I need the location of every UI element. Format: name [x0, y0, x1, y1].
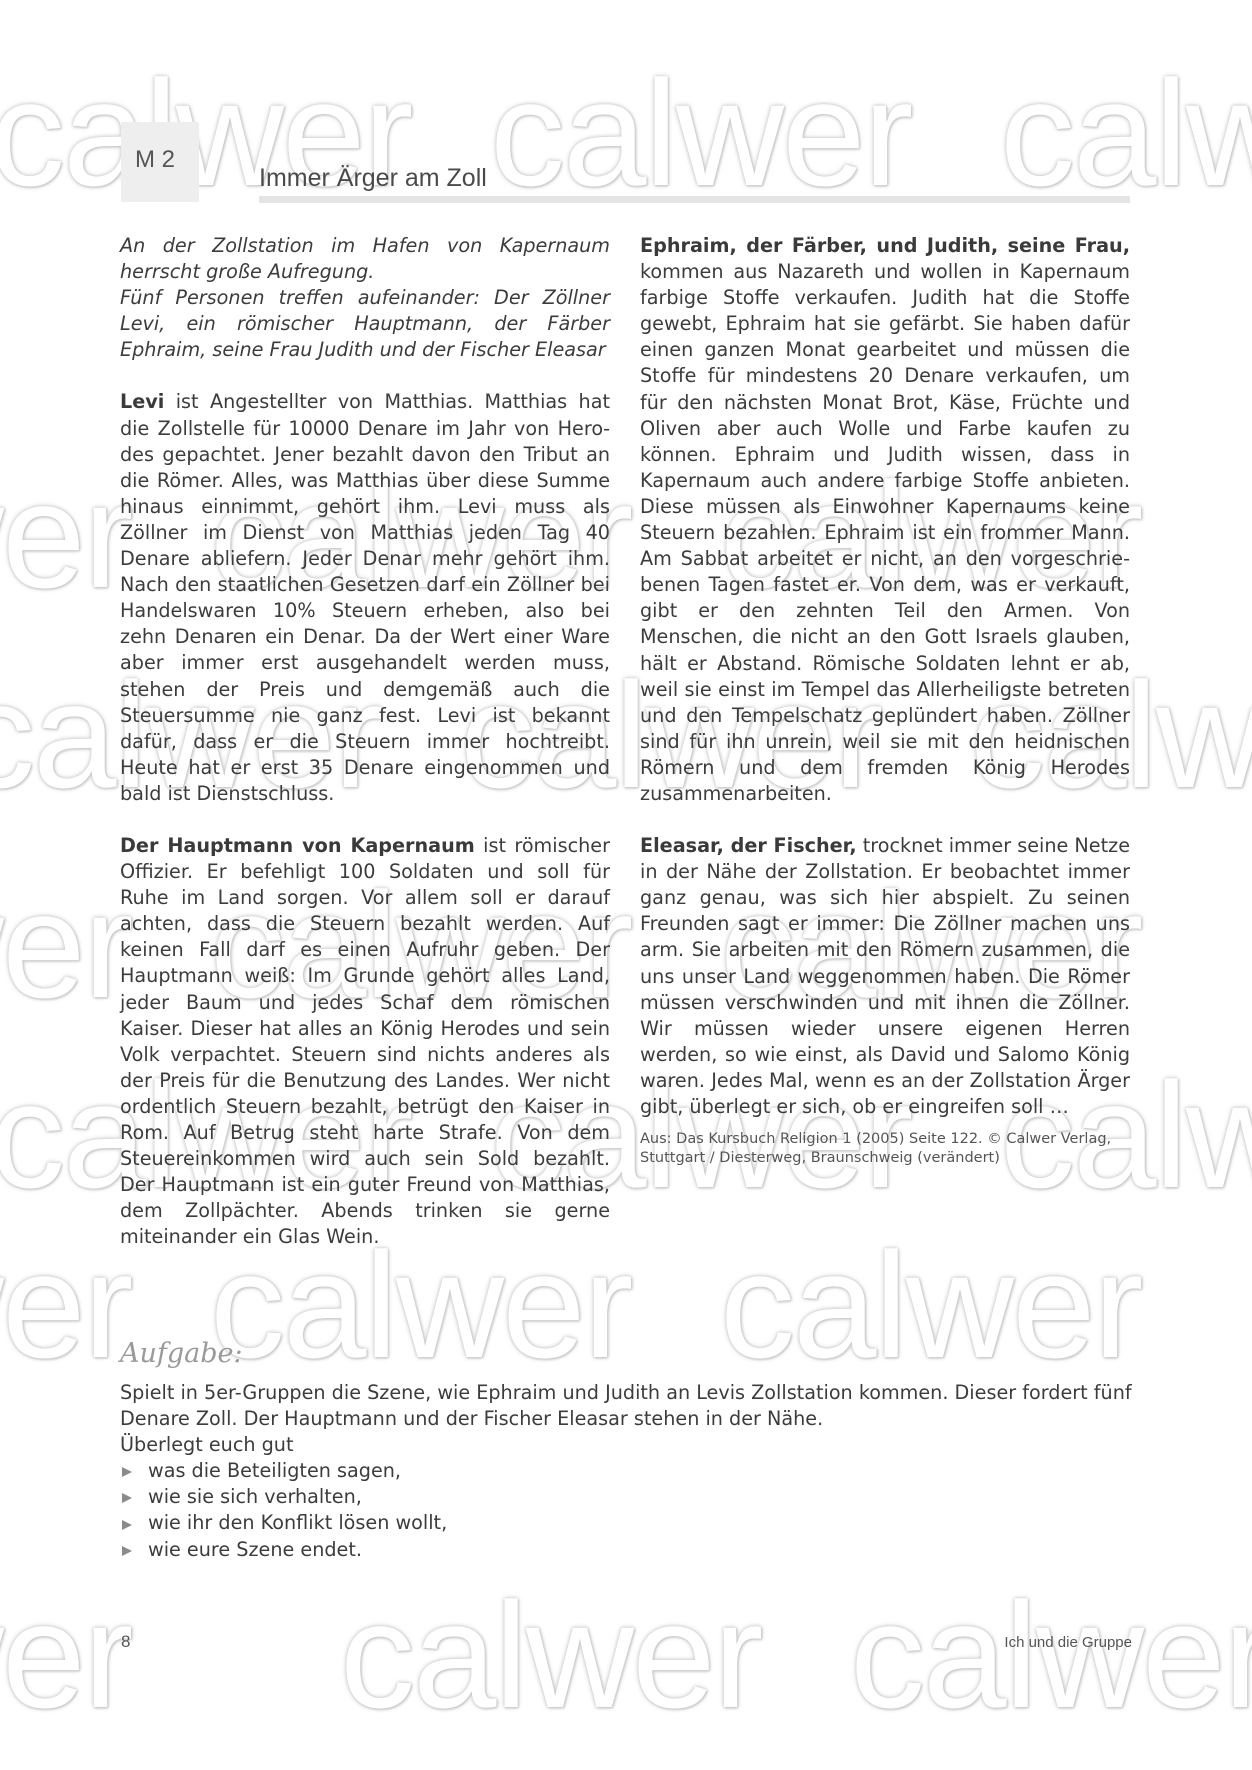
task-item-text: wie ihr den Konflikt lösen wollt, — [148, 1510, 447, 1536]
task-item-text: wie eure Szene endet. — [148, 1537, 362, 1563]
task-item-text: wie sie sich verhalten, — [148, 1484, 362, 1510]
task-list-item: wie sie sich verhalten, — [120, 1484, 1132, 1510]
eleasar-lead: Eleasar, der Fischer, — [640, 834, 857, 857]
task-instruction: Spielt in 5er-Gruppen die Szene, wie Eph… — [120, 1380, 1132, 1432]
triangle-right-icon — [122, 1546, 132, 1556]
task-prompt: Überlegt euch gut — [120, 1432, 1132, 1458]
intro-paragraph: An der Zollstation im Hafen von Kapernau… — [120, 233, 610, 363]
task-list-item: wie eure Szene endet. — [120, 1537, 1132, 1563]
left-column: An der Zollstation im Hafen von Kapernau… — [120, 233, 610, 1276]
hauptmann-lead: Der Hauptmann von Kapernaum — [120, 834, 475, 857]
eleasar-text: trocknet immer seine Net­ze in der Nähe … — [640, 834, 1130, 1118]
right-column: Ephraim, der Färber, und Judith, seine F… — [640, 233, 1130, 1194]
hauptmann-paragraph: Der Hauptmann von Kapernaum ist römische… — [120, 833, 610, 1251]
levi-paragraph: Levi ist Angestellter von Matthias. Matt… — [120, 389, 610, 807]
triangle-right-icon — [122, 1520, 132, 1530]
task-list: was die Beteiligten sagen, wie sie sich … — [120, 1458, 1132, 1562]
source-citation: Aus: Das Kursbuch Religion 1 (2005) Seit… — [640, 1130, 1130, 1168]
task-heading: Aufgabe: — [120, 1338, 243, 1369]
task-list-item: was die Beteiligten sagen, — [120, 1458, 1132, 1484]
hauptmann-text: ist römischer Offizier. Er befehligt 100… — [120, 834, 610, 1248]
triangle-right-icon — [122, 1493, 132, 1503]
footer-section-title: Ich und die Gruppe — [1004, 1634, 1132, 1651]
ephraim-judith-paragraph: Ephraim, der Färber, und Judith, seine F… — [640, 233, 1130, 807]
task-section: Spielt in 5er-Gruppen die Szene, wie Eph… — [120, 1380, 1132, 1563]
material-label: M 2 — [135, 146, 175, 174]
levi-text: ist Angestellter von Matthias. Matthias … — [120, 390, 610, 804]
triangle-right-icon — [122, 1467, 132, 1477]
page-number: 8 — [121, 1632, 130, 1652]
ephraim-judith-text: kommen aus Nazareth und wollen in Ka­per… — [640, 260, 1130, 805]
title-underline-rule — [259, 196, 1130, 203]
worksheet-page: M 2 Immer Ärger am Zoll An der Zollstati… — [0, 0, 1252, 1770]
task-list-item: wie ihr den Konflikt lösen wollt, — [120, 1510, 1132, 1536]
task-item-text: was die Beteiligten sagen, — [148, 1458, 401, 1484]
page-title: Immer Ärger am Zoll — [259, 164, 487, 193]
ephraim-judith-lead: Ephraim, der Färber, und Judith, seine F… — [640, 234, 1130, 257]
eleasar-paragraph: Eleasar, der Fischer, trocknet immer sei… — [640, 833, 1130, 1120]
levi-lead: Levi — [120, 390, 164, 413]
